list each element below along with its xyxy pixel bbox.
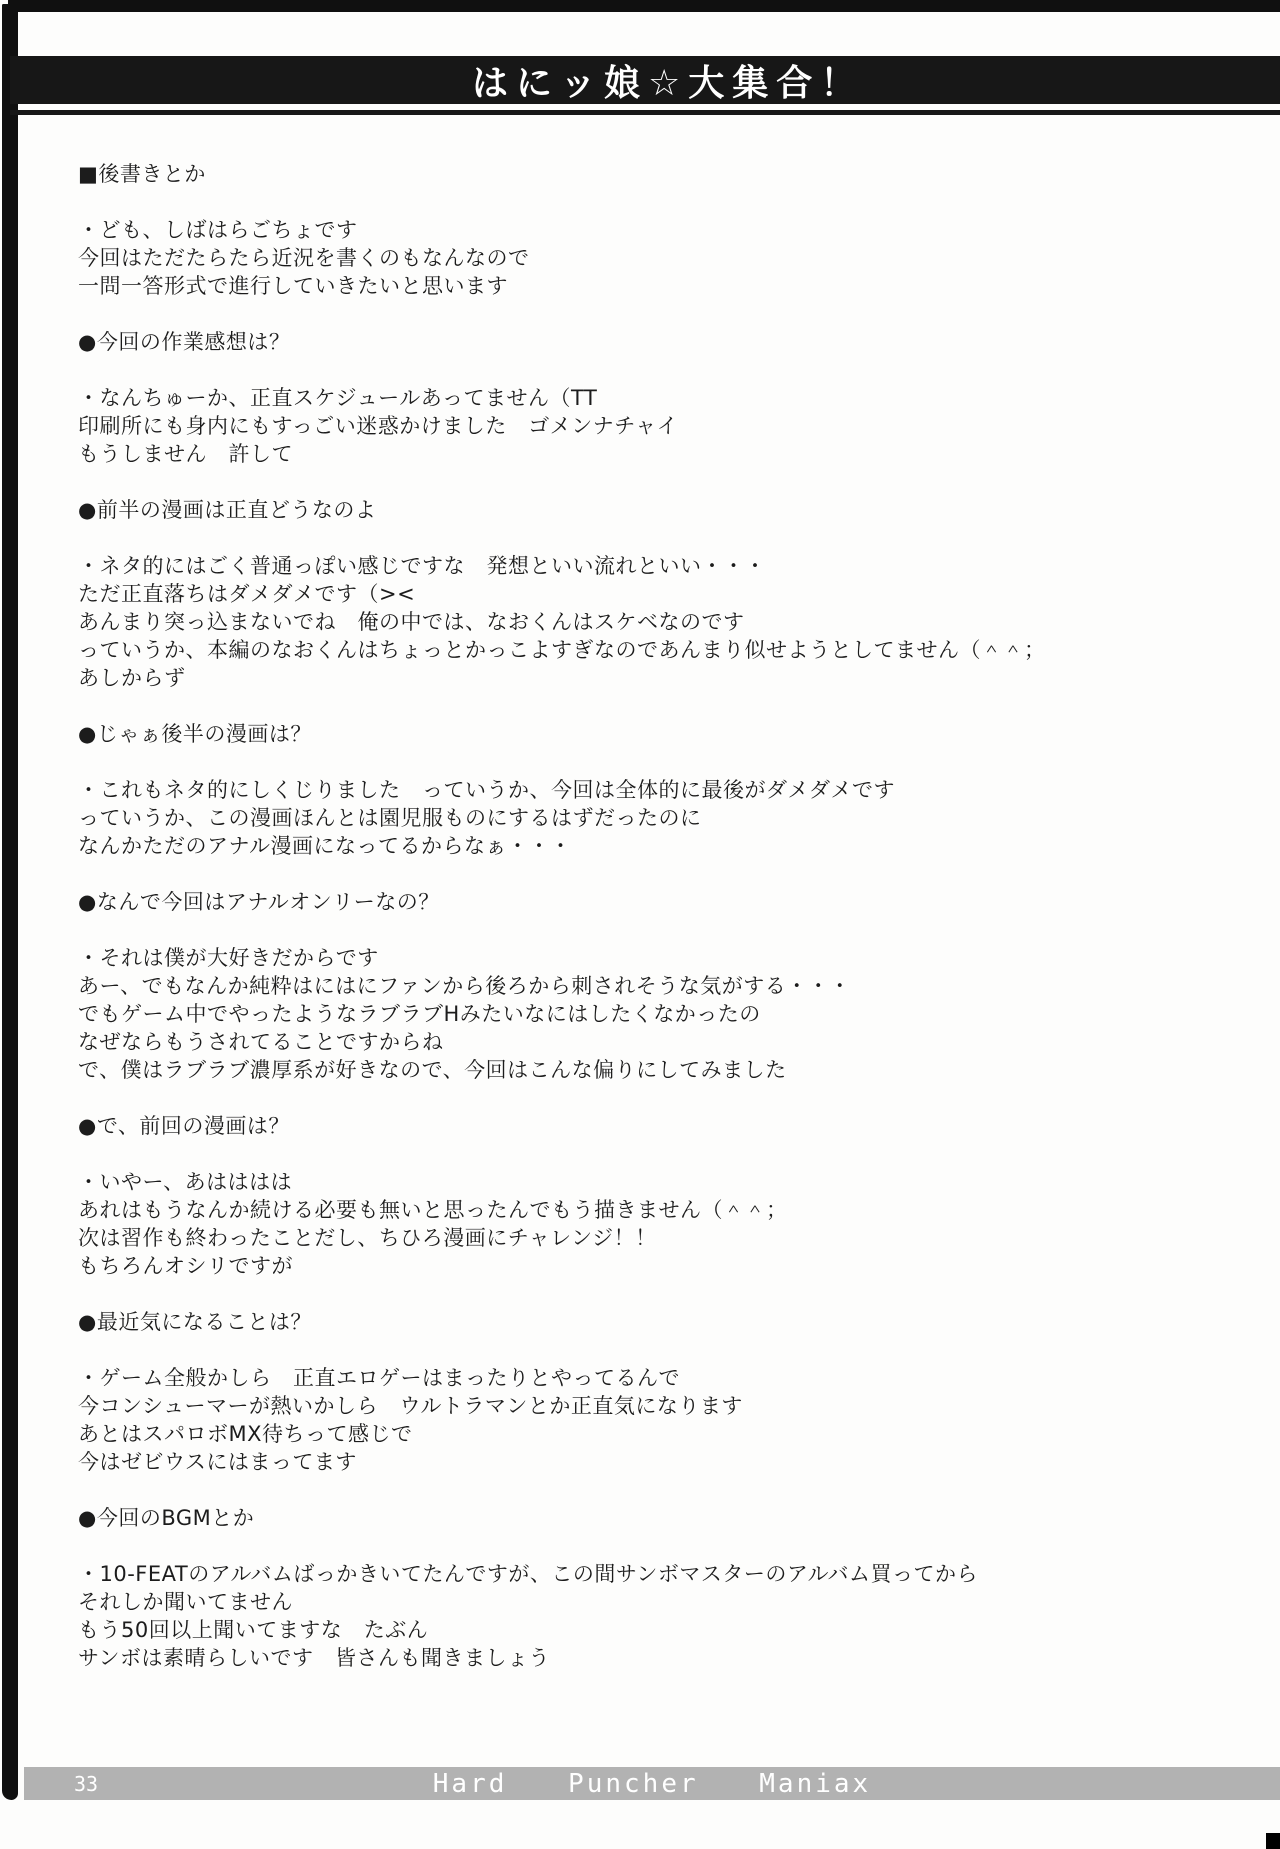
qa-list: ・ども、しばはらごちょです今回はただたらたら近況を書くのもなんなので一問一答形式… [78, 216, 1244, 1672]
page-title-bar: はにッ娘☆大集合！ [10, 56, 1280, 104]
answer-line: 一問一答形式で進行していきたいと思います [78, 272, 1244, 300]
afterword-content: ■後書きとか ・ども、しばはらごちょです今回はただたらたら近況を書くのもなんなの… [78, 114, 1244, 1672]
answer-text: ・ども、しばはらごちょです今回はただたらたら近況を書くのもなんなので一問一答形式… [78, 216, 1244, 300]
afterword-heading: ■後書きとか [78, 160, 1244, 188]
answer-line: あー、でもなんか純粋はにはにファンから後ろから刺されそうな気がする・・・ [78, 972, 1244, 1000]
answer-line: もちろんオシリですが [78, 1252, 1244, 1280]
answer-line: っていうか、この漫画ほんとは園児服ものにするはずだったのに [78, 804, 1244, 832]
answer-line: ・ども、しばはらごちょです [78, 216, 1244, 244]
page-title: はにッ娘☆大集合！ [472, 55, 864, 106]
qa-block: ●今回のBGMとか・10-FEATのアルバムばっかきいてたんですが、この間サンボ… [78, 1504, 1244, 1672]
answer-line: あしからず [78, 664, 1244, 692]
answer-line: なぜならもうされてることですからね [78, 1028, 1244, 1056]
scan-left-edge [2, 4, 18, 1800]
scan-corner-mark [1266, 1833, 1280, 1849]
answer-line: ・これもネタ的にしくじりました っていうか、今回は全体的に最後がダメダメです [78, 776, 1244, 804]
answer-text: ・いやー、あははははあれはもうなんか続ける必要も無いと思ったんでもう描きません（… [78, 1168, 1244, 1280]
answer-line: ただ正直落ちはダメダメです（>< [78, 580, 1244, 608]
question-heading: ●なんで今回はアナルオンリーなの？ [78, 888, 1244, 916]
answer-line: なんかただのアナル漫画になってるからなぁ・・・ [78, 832, 1244, 860]
book-title: Hard Puncher Maniax [24, 1769, 1280, 1799]
answer-line: っていうか、本編のなおくんはちょっとかっこよすぎなのであんまり似せようとしてませ… [78, 636, 1244, 664]
answer-line: ・それは僕が大好きだからです [78, 944, 1244, 972]
answer-text: ・それは僕が大好きだからですあー、でもなんか純粋はにはにファンから後ろから刺され… [78, 944, 1244, 1084]
question-heading: ●じゃぁ後半の漫画は？ [78, 720, 1244, 748]
answer-line: それしか聞いてません [78, 1588, 1244, 1616]
answer-line: 今コンシューマーが熱いかしら ウルトラマンとか正直気になります [78, 1392, 1244, 1420]
answer-line: あれはもうなんか続ける必要も無いと思ったんでもう描きません（＾＾； [78, 1196, 1244, 1224]
answer-line: もうしません 許して [78, 440, 1244, 468]
question-heading: ●今回の作業感想は？ [78, 328, 1244, 356]
answer-line: ・10-FEATのアルバムばっかきいてたんですが、この間サンボマスターのアルバム… [78, 1560, 1244, 1588]
answer-line: ・なんちゅーか、正直スケジュールあってません（TT [78, 384, 1244, 412]
qa-block: ●じゃぁ後半の漫画は？・これもネタ的にしくじりました っていうか、今回は全体的に… [78, 720, 1244, 860]
answer-line: 次は習作も終わったことだし、ちひろ漫画にチャレンジ！！ [78, 1224, 1244, 1252]
answer-text: ・ゲーム全般かしら 正直エロゲーはまったりとやってるんで今コンシューマーが熱いか… [78, 1364, 1244, 1476]
question-heading: ●今回のBGMとか [78, 1504, 1244, 1532]
qa-block: ●今回の作業感想は？・なんちゅーか、正直スケジュールあってません（TT印刷所にも… [78, 328, 1244, 468]
question-heading: ●で、前回の漫画は？ [78, 1112, 1244, 1140]
answer-text: ・ネタ的にはごく普通っぽい感じですな 発想といい流れといい・・・ただ正直落ちはダ… [78, 552, 1244, 692]
answer-line: 今はゼビウスにはまってます [78, 1448, 1244, 1476]
scan-top-edge [8, 0, 1280, 12]
question-heading: ●前半の漫画は正直どうなのよ [78, 496, 1244, 524]
answer-line: もう50回以上聞いてますな たぶん [78, 1616, 1244, 1644]
answer-line: でもゲーム中でやったようなラブラブHみたいなにはしたくなかったの [78, 1000, 1244, 1028]
scanned-doujinshi-page: はにッ娘☆大集合！ ■後書きとか ・ども、しばはらごちょです今回はただたらたら近… [0, 0, 1280, 1849]
answer-line: で、僕はラブラブ濃厚系が好きなので、今回はこんな偏りにしてみました [78, 1056, 1244, 1084]
answer-text: ・10-FEATのアルバムばっかきいてたんですが、この間サンボマスターのアルバム… [78, 1560, 1244, 1672]
answer-text: ・これもネタ的にしくじりました っていうか、今回は全体的に最後がダメダメですって… [78, 776, 1244, 860]
qa-block: ●前半の漫画は正直どうなのよ・ネタ的にはごく普通っぽい感じですな 発想といい流れ… [78, 496, 1244, 692]
answer-line: 印刷所にも身内にもすっごい迷惑かけました ゴメンナチャイ [78, 412, 1244, 440]
answer-line: ・ネタ的にはごく普通っぽい感じですな 発想といい流れといい・・・ [78, 552, 1244, 580]
answer-line: ・いやー、あはははは [78, 1168, 1244, 1196]
answer-line: ・ゲーム全般かしら 正直エロゲーはまったりとやってるんで [78, 1364, 1244, 1392]
question-heading: ●最近気になることは？ [78, 1308, 1244, 1336]
answer-line: あんまり突っ込まないでね 俺の中では、なおくんはスケベなのです [78, 608, 1244, 636]
answer-line: あとはスパロボMX待ちって感じで [78, 1420, 1244, 1448]
answer-line: サンボは素晴らしいです 皆さんも聞きましょう [78, 1644, 1244, 1672]
answer-line: 今回はただたらたら近況を書くのもなんなので [78, 244, 1244, 272]
qa-block: ●最近気になることは？・ゲーム全般かしら 正直エロゲーはまったりとやってるんで今… [78, 1308, 1244, 1476]
qa-block: ・ども、しばはらごちょです今回はただたらたら近況を書くのもなんなので一問一答形式… [78, 216, 1244, 300]
answer-text: ・なんちゅーか、正直スケジュールあってません（TT印刷所にも身内にもすっごい迷惑… [78, 384, 1244, 468]
footer-bar: 33 Hard Puncher Maniax [24, 1767, 1280, 1800]
qa-block: ●なんで今回はアナルオンリーなの？・それは僕が大好きだからですあー、でもなんか純… [78, 888, 1244, 1084]
qa-block: ●で、前回の漫画は？・いやー、あははははあれはもうなんか続ける必要も無いと思った… [78, 1112, 1244, 1280]
